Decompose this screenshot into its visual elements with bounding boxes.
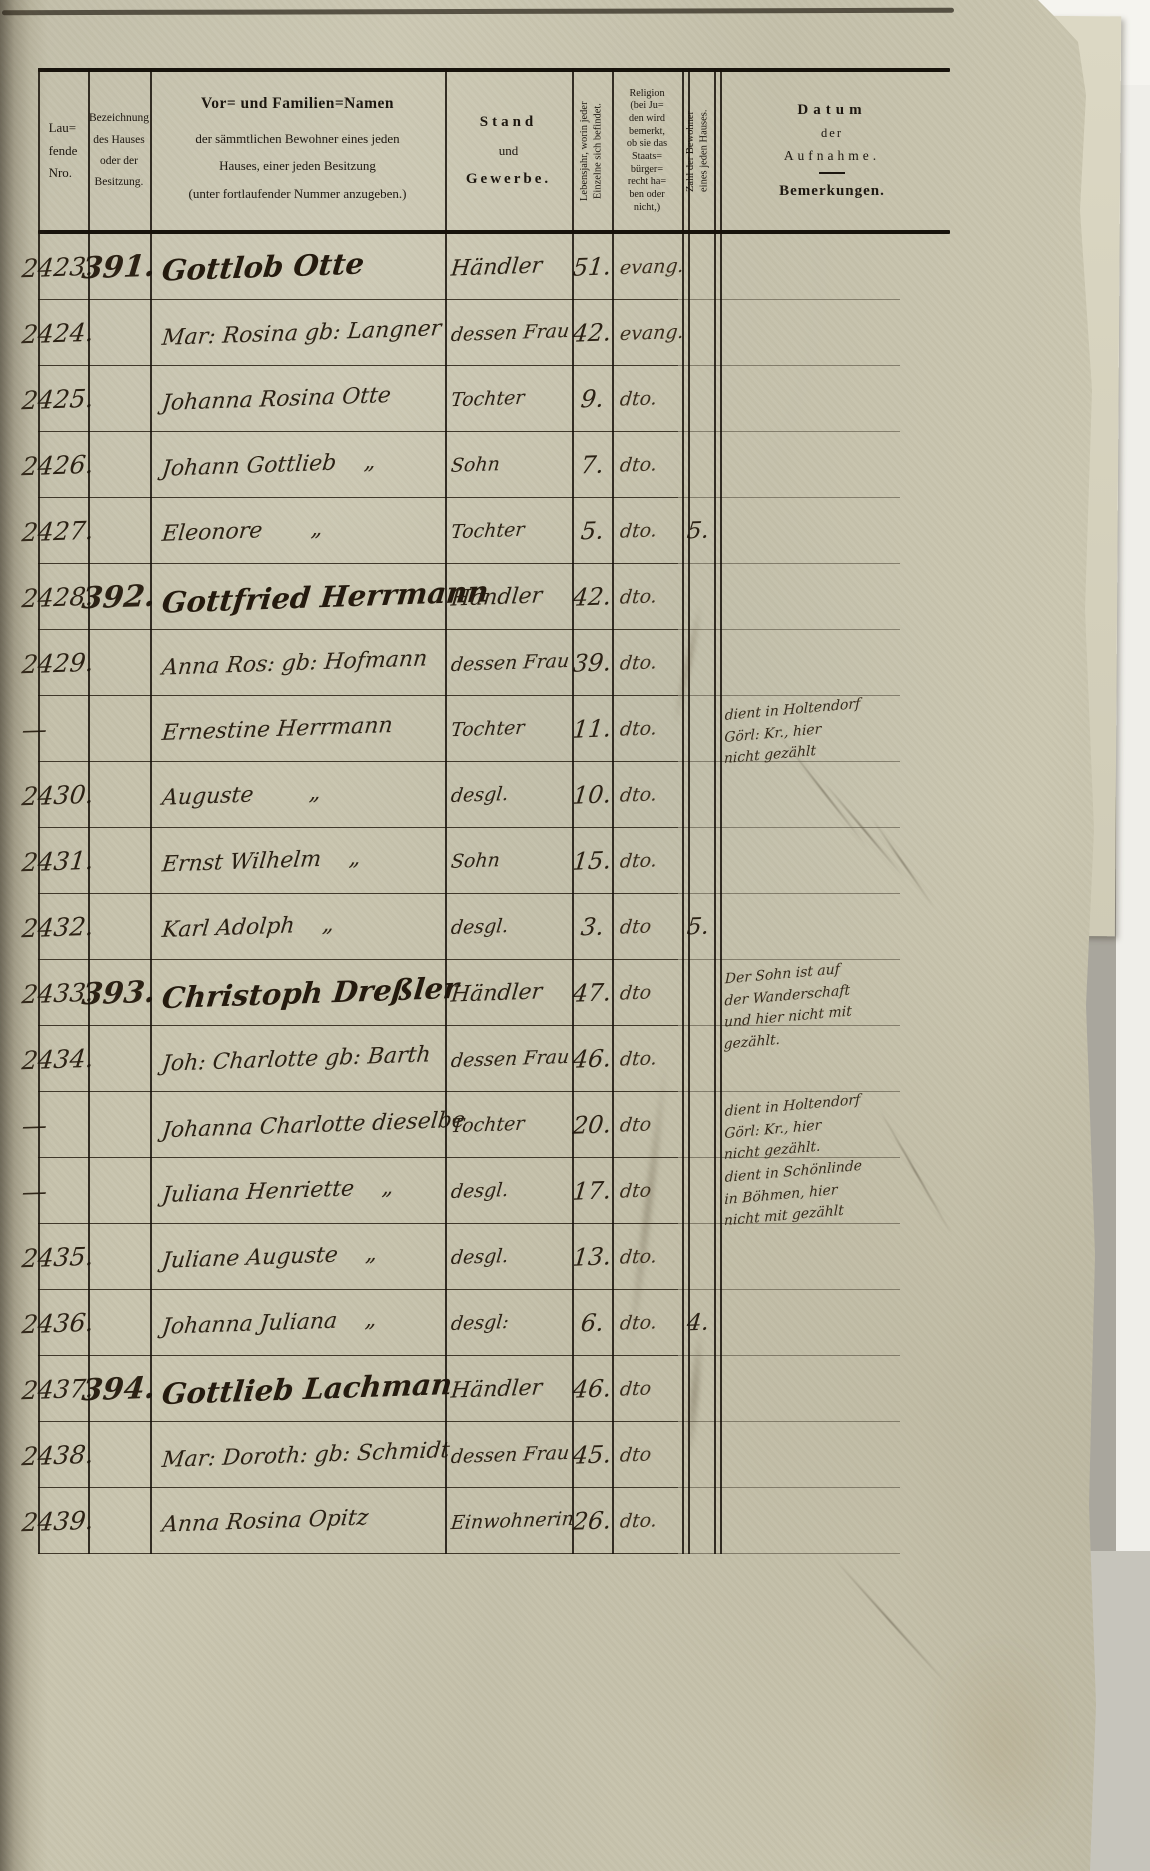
- cell-bemerkung: [714, 894, 950, 960]
- cell-bemerkung: [714, 234, 950, 300]
- cell-lebensjahr: 15.: [572, 828, 612, 894]
- cell-name: Gottfried Herrmann: [150, 564, 445, 630]
- cell-religion: dto: [612, 894, 682, 960]
- cell-haus-nr: [88, 762, 150, 828]
- cell-name-value: Gottlieb Lachman: [160, 1367, 454, 1411]
- table-row: 2426.Johann Gottlieb „Sohn7.dto.: [38, 432, 950, 498]
- cell-name: Ernst Wilhelm „: [150, 828, 445, 894]
- cell-lebensjahr: 42.: [572, 564, 612, 630]
- cell-name-value: Mar: Doroth: gb: Schmidt: [161, 1437, 451, 1472]
- cell-lebensjahr: 20.: [572, 1092, 612, 1158]
- cell-zahl: [682, 300, 714, 366]
- cell-religion: dto.: [612, 828, 682, 894]
- cell-haus-nr: [88, 1026, 150, 1092]
- cell-bemerkung-value: Der Sohn ist auf der Wanderschaft und hi…: [723, 958, 852, 1056]
- cell-bemerkung: dient in Holtendorf Görl: Kr., hier nich…: [714, 1092, 950, 1158]
- cell-name: Gottlob Otte: [150, 234, 445, 300]
- header-lebensjahr: Lebensjahr, worin jeder Einzelne sich be…: [572, 72, 612, 230]
- cell-stand-gewerbe-value: Tochter: [450, 387, 526, 412]
- cell-lebensjahr-value: 6.: [579, 1309, 605, 1338]
- cell-bemerkung-value: dient in Holtendorf Görl: Kr., hier nich…: [724, 694, 861, 771]
- table-row: 2439.Anna Rosina OpitzEinwohnerin26.dto.: [38, 1488, 950, 1554]
- cell-name-value: Ernestine Herrmann: [161, 712, 394, 745]
- cell-bemerkung: [714, 630, 950, 696]
- cell-name-value: Joh: Charlotte gb: Barth: [161, 1042, 432, 1076]
- cell-lebensjahr: 6.: [572, 1290, 612, 1356]
- cell-bemerkung: [714, 300, 950, 366]
- cell-stand-gewerbe-value: Händler: [450, 583, 544, 611]
- table-row: 2433.393.Christoph DreßlerHändler47.dtoD…: [38, 960, 950, 1026]
- cell-stand-gewerbe: Tochter: [445, 1092, 572, 1158]
- cell-name: Christoph Dreßler: [150, 960, 445, 1026]
- cell-zahl: [682, 234, 714, 300]
- header-namen-subtitle: der sämmtlichen Bewohner eines jeden Hau…: [188, 125, 406, 207]
- cell-religion: dto.: [612, 762, 682, 828]
- cell-lebensjahr-value: 7.: [579, 451, 605, 480]
- cell-bemerkung: [714, 366, 950, 432]
- cell-name-value: Ernst Wilhelm „: [161, 845, 362, 877]
- cell-stand-gewerbe-value: Tochter: [450, 1113, 526, 1138]
- cell-haus-nr-value: 393.: [81, 974, 158, 1012]
- cell-name-value: Johann Gottlieb „: [161, 449, 377, 482]
- cell-religion-value: dto: [619, 1113, 653, 1136]
- cell-name-value: Johanna Rosina Otte: [161, 382, 392, 415]
- header-bemerkungen-label: Bemerkungen.: [779, 183, 885, 200]
- cell-bemerkung: [714, 1290, 950, 1356]
- cell-stand-gewerbe-value: dessen Frau: [450, 650, 571, 676]
- cell-stand-gewerbe-value: desgl.: [450, 915, 510, 939]
- header-stand-line2: und: [499, 143, 519, 159]
- cell-stand-gewerbe-value: desgl:: [450, 1311, 510, 1335]
- cell-religion: dto.: [612, 696, 682, 762]
- cell-zahl: [682, 1224, 714, 1290]
- cell-religion-value: dto.: [619, 387, 658, 410]
- cell-name-value: Christoph Dreßler: [160, 971, 460, 1015]
- cell-name: Anna Ros: gb: Hofmann: [150, 630, 445, 696]
- table-row: 2437.394.Gottlieb LachmanHändler46.dto: [38, 1356, 950, 1422]
- table-row: 2424.Mar: Rosina gb: Langnerdessen Frau4…: [38, 300, 950, 366]
- cell-name: Auguste „: [150, 762, 445, 828]
- cell-bemerkung: [714, 1356, 950, 1422]
- cell-name: Johanna Rosina Otte: [150, 366, 445, 432]
- table-row: 2438.Mar: Doroth: gb: Schmidtdessen Frau…: [38, 1422, 950, 1488]
- cell-religion-value: dto: [619, 981, 653, 1004]
- cell-religion-value: evang.: [619, 255, 685, 279]
- cell-stand-gewerbe: desgl.: [445, 762, 572, 828]
- cell-stand-gewerbe-value: Sohn: [450, 849, 501, 873]
- cell-zahl: [682, 1488, 714, 1554]
- cell-lebensjahr-value: 26.: [571, 1506, 612, 1535]
- cell-lebensjahr: 9.: [572, 366, 612, 432]
- cell-religion: dto: [612, 1356, 682, 1422]
- header-namen-title: Vor= und Familien=Namen: [201, 95, 394, 113]
- cell-religion: dto.: [612, 498, 682, 564]
- cell-stand-gewerbe-value: Händler: [450, 253, 544, 281]
- table-row: —Ernestine HerrmannTochter11.dto.dient i…: [38, 696, 950, 762]
- cell-lebensjahr-value: 45.: [571, 1440, 612, 1469]
- cell-name: Mar: Doroth: gb: Schmidt: [150, 1422, 445, 1488]
- header-haus-bezeichnung: Bezeichnung des Hauses oder der Besitzun…: [88, 72, 150, 230]
- cell-lebensjahr: 10.: [572, 762, 612, 828]
- cell-zahl: [682, 762, 714, 828]
- cell-zahl: 5.: [682, 498, 714, 564]
- cell-lebensjahr: 7.: [572, 432, 612, 498]
- cell-lebensjahr: 45.: [572, 1422, 612, 1488]
- cell-name: Joh: Charlotte gb: Barth: [150, 1026, 445, 1092]
- table-row: —Johanna Charlotte dieselbeTochter20.dto…: [38, 1092, 950, 1158]
- cell-zahl: [682, 696, 714, 762]
- cell-religion-value: dto.: [619, 651, 658, 674]
- cell-stand-gewerbe: Tochter: [445, 366, 572, 432]
- cell-name-value: Johanna Juliana „: [161, 1307, 378, 1340]
- cell-stand-gewerbe: desgl.: [445, 894, 572, 960]
- cell-religion: dto: [612, 1092, 682, 1158]
- cell-religion: dto: [612, 1422, 682, 1488]
- cell-religion: dto: [612, 960, 682, 1026]
- cell-name-value: Anna Ros: gb: Hofmann: [161, 646, 429, 680]
- cell-haus-nr: [88, 432, 150, 498]
- pencil-stroke: [832, 1557, 947, 1685]
- header-zahl-bewohner: Zahl der Bewohner eines jeden Hauses.: [682, 72, 714, 230]
- table-row: 2436.Johanna Juliana „desgl:6.dto.4.: [38, 1290, 950, 1356]
- header-datum-divider: [819, 172, 845, 174]
- cell-lebensjahr-value: 20.: [571, 1110, 612, 1139]
- cell-stand-gewerbe-value: desgl.: [450, 783, 510, 807]
- cell-haus-nr: [88, 366, 150, 432]
- cell-name-value: Gottlob Otte: [160, 246, 366, 287]
- cell-lebensjahr-value: 15.: [571, 846, 612, 875]
- table-row: 2423.391.Gottlob OtteHändler51.evang.: [38, 234, 950, 300]
- cell-bemerkung: [714, 762, 950, 828]
- cell-zahl: [682, 828, 714, 894]
- cell-stand-gewerbe-value: dessen Frau: [450, 1442, 571, 1468]
- table-body: 2423.391.Gottlob OtteHändler51.evang.242…: [38, 234, 950, 1554]
- cell-bemerkung: [714, 1224, 950, 1290]
- cell-bemerkung-value: dient in Schönlinde in Böhmen, hier nich…: [724, 1156, 862, 1233]
- cell-stand-gewerbe: dessen Frau: [445, 300, 572, 366]
- cell-lebensjahr-value: 13.: [571, 1242, 612, 1271]
- cell-name: Juliane Auguste „: [150, 1224, 445, 1290]
- column-rule: [612, 68, 614, 1554]
- cell-lebensjahr-value: 17.: [571, 1176, 612, 1205]
- cell-lebensjahr: 5.: [572, 498, 612, 564]
- cell-haus-nr: [88, 1158, 150, 1224]
- cell-religion: dto.: [612, 432, 682, 498]
- cell-stand-gewerbe-value: desgl.: [450, 1179, 510, 1203]
- cell-haus-nr: [88, 1488, 150, 1554]
- cell-stand-gewerbe-value: Tochter: [450, 717, 526, 742]
- census-table: Lau= fende Nro. Bezeichnung des Hauses o…: [38, 68, 950, 1554]
- cell-religion: dto.: [612, 564, 682, 630]
- column-rule: [720, 68, 722, 1554]
- header-namen: Vor= und Familien=Namen der sämmtlichen …: [150, 72, 445, 230]
- cell-zahl: [682, 1092, 714, 1158]
- cell-stand-gewerbe: dessen Frau: [445, 1026, 572, 1092]
- cell-religion: dto.: [612, 630, 682, 696]
- cell-stand-gewerbe: Tochter: [445, 696, 572, 762]
- header-datum-bemerkungen: Datum der Aufnahme. Bemerkungen.: [714, 72, 950, 230]
- cell-lebensjahr: 39.: [572, 630, 612, 696]
- cell-bemerkung: [714, 828, 950, 894]
- cell-name: Karl Adolph „: [150, 894, 445, 960]
- cell-haus-nr: [88, 894, 150, 960]
- table-row: —Juliana Henriette „desgl.17.dtodient in…: [38, 1158, 950, 1224]
- cell-name-value: Eleonore „: [161, 516, 324, 547]
- cell-stand-gewerbe-value: Händler: [450, 979, 544, 1007]
- header-religion: Religion (bei Ju= den wird bemerkt, ob s…: [612, 72, 682, 230]
- register-paper: Lau= fende Nro. Bezeichnung des Hauses o…: [0, 0, 1102, 1871]
- cell-haus-nr: 391.: [88, 234, 150, 300]
- cell-haus-nr: [88, 300, 150, 366]
- cell-name-value: Auguste „: [161, 780, 322, 811]
- cell-zahl: [682, 1158, 714, 1224]
- cell-stand-gewerbe-value: Einwohnerin: [450, 1508, 575, 1534]
- column-rule: [445, 68, 447, 1554]
- cell-stand-gewerbe: Händler: [445, 564, 572, 630]
- cell-bemerkung: [714, 432, 950, 498]
- cell-lebensjahr: 46.: [572, 1026, 612, 1092]
- cell-name: Mar: Rosina gb: Langner: [150, 300, 445, 366]
- cell-stand-gewerbe-value: desgl.: [450, 1245, 510, 1269]
- cell-religion-value: dto.: [619, 1509, 658, 1532]
- table-row: 2429.Anna Ros: gb: Hofmanndessen Frau39.…: [38, 630, 950, 696]
- cell-stand-gewerbe-value: dessen Frau: [450, 320, 571, 346]
- cell-stand-gewerbe: desgl.: [445, 1158, 572, 1224]
- cell-religion-value: evang.: [619, 321, 685, 345]
- column-rule: [572, 68, 574, 1554]
- cell-bemerkung: [714, 1422, 950, 1488]
- cell-haus-nr: 394.: [88, 1356, 150, 1422]
- cell-stand-gewerbe: Händler: [445, 234, 572, 300]
- header-stand-gewerbe: Stand und Gewerbe.: [445, 72, 572, 230]
- cell-lebensjahr-value: 46.: [571, 1044, 612, 1073]
- cell-haus-nr: 392.: [88, 564, 150, 630]
- cell-religion-value: dto.: [619, 519, 658, 542]
- table-row: 2430.Auguste „desgl.10.dto.: [38, 762, 950, 828]
- cell-stand-gewerbe: dessen Frau: [445, 630, 572, 696]
- cell-lebensjahr-value: 11.: [571, 714, 612, 743]
- cell-stand-gewerbe: Sohn: [445, 828, 572, 894]
- header-haus-bezeichnung-label: Bezeichnung des Hauses oder der Besitzun…: [89, 108, 149, 193]
- table-row: 2427.Eleonore „Tochter5.dto.5.: [38, 498, 950, 564]
- cell-lebensjahr-value: 47.: [571, 978, 612, 1007]
- cell-lebensjahr-value: 3.: [579, 913, 605, 942]
- table-header: Lau= fende Nro. Bezeichnung des Hauses o…: [38, 72, 950, 230]
- cell-lebensjahr-value: 42.: [571, 318, 612, 347]
- cell-bemerkung: [714, 564, 950, 630]
- table-row: 2435.Juliane Auguste „desgl.13.dto.: [38, 1224, 950, 1290]
- cell-name: Johanna Charlotte dieselbe: [150, 1092, 445, 1158]
- cell-name: Gottlieb Lachman: [150, 1356, 445, 1422]
- cell-zahl: [682, 960, 714, 1026]
- header-datum-line1: Datum: [797, 102, 866, 119]
- cell-zahl: [682, 366, 714, 432]
- header-datum-line3: Aufnahme.: [784, 148, 880, 164]
- cell-lebensjahr-value: 46.: [571, 1374, 612, 1403]
- cell-bemerkung: [714, 498, 950, 564]
- cell-haus-nr: [88, 1422, 150, 1488]
- header-stand-line3: Gewerbe.: [466, 171, 551, 188]
- table-row: 2432.Karl Adolph „desgl.3.dto5.: [38, 894, 950, 960]
- cell-stand-gewerbe: Händler: [445, 960, 572, 1026]
- cell-stand-gewerbe-value: Tochter: [450, 519, 526, 544]
- header-stand-line1: Stand: [480, 114, 538, 131]
- cell-lebensjahr: 11.: [572, 696, 612, 762]
- cell-religion-value: dto.: [619, 453, 658, 476]
- cell-religion-value: dto.: [619, 849, 658, 872]
- cell-name: Johanna Juliana „: [150, 1290, 445, 1356]
- binding-gutter-shadow: [0, 0, 48, 1871]
- cell-haus-nr: [88, 828, 150, 894]
- cell-bemerkung-value: dient in Holtendorf Görl: Kr., hier nich…: [724, 1090, 861, 1167]
- cell-lebensjahr: 47.: [572, 960, 612, 1026]
- paper-stain: [920, 1630, 1080, 1860]
- cell-name-value: Anna Rosina Opitz: [161, 1505, 370, 1537]
- cell-stand-gewerbe: dessen Frau: [445, 1422, 572, 1488]
- cell-lebensjahr: 3.: [572, 894, 612, 960]
- cell-lebensjahr: 17.: [572, 1158, 612, 1224]
- cell-religion: evang.: [612, 234, 682, 300]
- cell-stand-gewerbe: Einwohnerin: [445, 1488, 572, 1554]
- column-rule: [150, 68, 152, 1554]
- cell-name: Anna Rosina Opitz: [150, 1488, 445, 1554]
- table-row: 2425.Johanna Rosina OtteTochter9.dto.: [38, 366, 950, 432]
- cell-stand-gewerbe: Sohn: [445, 432, 572, 498]
- cell-religion-value: dto: [619, 1377, 653, 1400]
- cell-religion-value: dto: [619, 1443, 653, 1466]
- cell-haus-nr: [88, 1092, 150, 1158]
- cell-zahl: 5.: [682, 894, 714, 960]
- header-datum-line2: der: [821, 126, 843, 141]
- cell-religion: evang.: [612, 300, 682, 366]
- cell-bemerkung: Der Sohn ist auf der Wanderschaft und hi…: [714, 960, 950, 1026]
- cell-lebensjahr-value: 10.: [571, 780, 612, 809]
- cell-lebensjahr: 42.: [572, 300, 612, 366]
- cell-bemerkung: dient in Holtendorf Görl: Kr., hier nich…: [714, 696, 950, 762]
- cell-stand-gewerbe: Tochter: [445, 498, 572, 564]
- cell-lebensjahr: 51.: [572, 234, 612, 300]
- cell-name-value: Juliana Henriette „: [161, 1174, 395, 1207]
- cell-name-value: Johanna Charlotte dieselbe: [161, 1107, 466, 1143]
- header-laufende-nro-label: Lau= fende Nro.: [49, 117, 78, 185]
- page-top-edge: [2, 8, 954, 15]
- column-rule: [688, 68, 690, 1554]
- cell-haus-nr: [88, 498, 150, 564]
- cell-name: Johann Gottlieb „: [150, 432, 445, 498]
- header-lebensjahr-label: Lebensjahr, worin jeder Einzelne sich be…: [578, 75, 605, 227]
- cell-haus-nr: [88, 1290, 150, 1356]
- cell-lebensjahr-value: 51.: [571, 252, 612, 281]
- cell-haus-nr: [88, 1224, 150, 1290]
- cell-name: Eleonore „: [150, 498, 445, 564]
- cell-name: Juliana Henriette „: [150, 1158, 445, 1224]
- cell-haus-nr: 393.: [88, 960, 150, 1026]
- cell-haus-nr: [88, 696, 150, 762]
- cell-name-value: Juliane Auguste „: [161, 1241, 379, 1274]
- cell-stand-gewerbe-value: dessen Frau: [450, 1046, 571, 1072]
- cell-religion: dto.: [612, 1290, 682, 1356]
- table-row: 2431.Ernst Wilhelm „Sohn15.dto.: [38, 828, 950, 894]
- cell-name-value: Karl Adolph „: [161, 911, 336, 942]
- cell-lebensjahr: 26.: [572, 1488, 612, 1554]
- column-rule: [682, 68, 684, 1554]
- cell-haus-nr-value: 392.: [81, 578, 158, 616]
- column-rule: [88, 68, 90, 1554]
- cell-stand-gewerbe: desgl:: [445, 1290, 572, 1356]
- cell-lebensjahr-value: 42.: [571, 582, 612, 611]
- cell-zahl: [682, 432, 714, 498]
- cell-religion: dto.: [612, 1488, 682, 1554]
- cell-stand-gewerbe-value: Sohn: [450, 453, 501, 477]
- cell-religion-value: dto.: [619, 585, 658, 608]
- cell-lebensjahr: 13.: [572, 1224, 612, 1290]
- column-rule: [714, 68, 716, 1554]
- cell-name-value: Mar: Rosina gb: Langner: [161, 316, 443, 351]
- cell-religion: dto.: [612, 1026, 682, 1092]
- cell-religion-value: dto.: [619, 783, 658, 806]
- cell-religion-value: dto.: [619, 1047, 658, 1070]
- table-row: 2428.392.Gottfried HerrmannHändler42.dto…: [38, 564, 950, 630]
- cell-haus-nr-value: 391.: [81, 248, 158, 286]
- cell-lebensjahr: 46.: [572, 1356, 612, 1422]
- cell-name-value: Gottfried Herrmann: [160, 574, 490, 620]
- cell-lebensjahr-value: 5.: [579, 517, 605, 546]
- header-religion-label: Religion (bei Ju= den wird bemerkt, ob s…: [627, 88, 667, 214]
- cell-stand-gewerbe: desgl.: [445, 1224, 572, 1290]
- cell-lebensjahr-value: 9.: [579, 385, 605, 414]
- cell-religion-value: dto: [619, 915, 653, 938]
- scanned-register-page: Lau= fende Nro. Bezeichnung des Hauses o…: [0, 0, 1150, 1871]
- cell-religion: dto.: [612, 366, 682, 432]
- cell-religion-value: dto.: [619, 717, 658, 740]
- cell-haus-nr: [88, 630, 150, 696]
- cell-zahl: [682, 1026, 714, 1092]
- cell-lebensjahr-value: 39.: [571, 648, 612, 677]
- cell-haus-nr-value: 394.: [81, 1370, 158, 1408]
- cell-name: Ernestine Herrmann: [150, 696, 445, 762]
- cell-stand-gewerbe-value: Händler: [450, 1375, 544, 1403]
- cell-stand-gewerbe: Händler: [445, 1356, 572, 1422]
- cell-bemerkung: [714, 1488, 950, 1554]
